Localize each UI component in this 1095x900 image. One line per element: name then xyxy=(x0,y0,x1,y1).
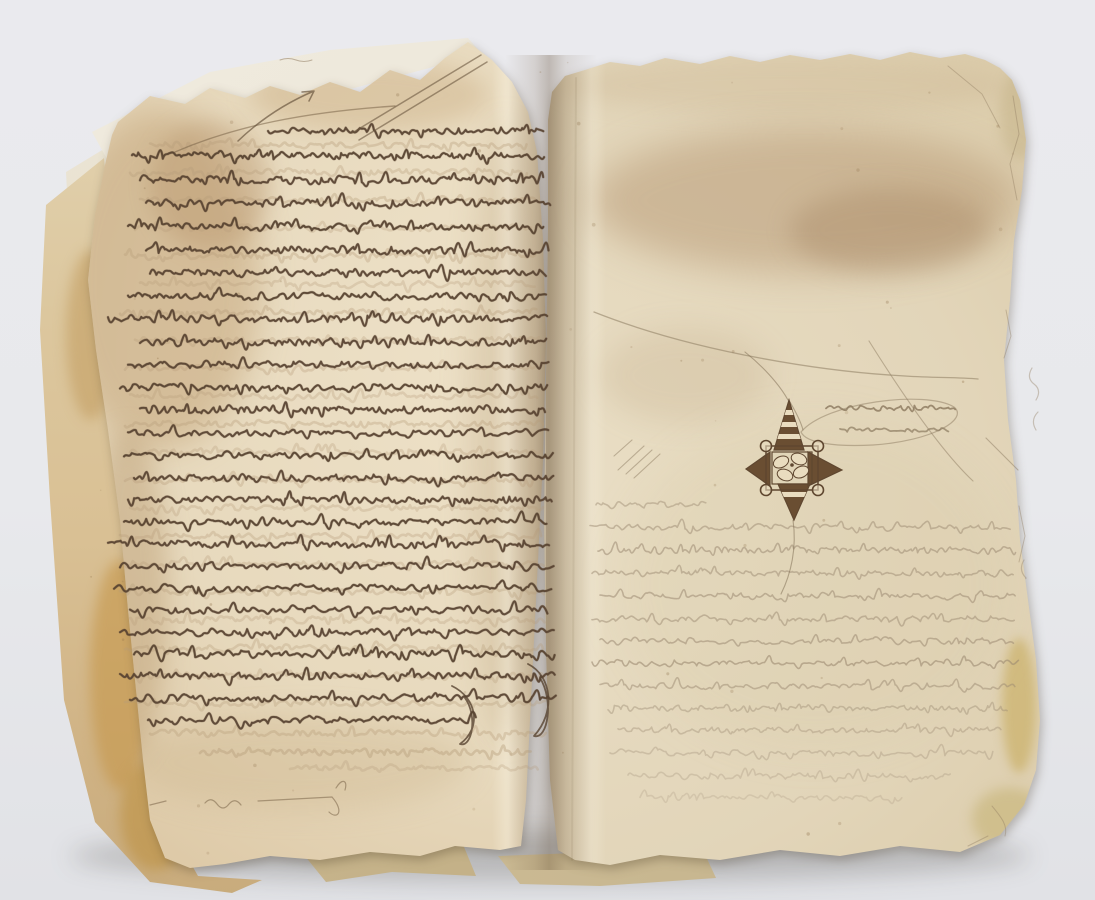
hatch-marks xyxy=(614,440,660,478)
top-edge-tiny xyxy=(280,59,312,62)
mirrored-note xyxy=(826,406,955,432)
foxing-speckles xyxy=(90,62,1026,855)
photo-of-manuscript xyxy=(0,0,1095,900)
corner-cracks xyxy=(968,806,1006,846)
right-page-bleed-through xyxy=(590,501,1018,803)
fold-crease xyxy=(572,78,576,860)
diag-stroke xyxy=(869,341,1018,481)
right-edge-squiggles xyxy=(1021,368,1038,578)
ink-overlay xyxy=(0,0,1095,900)
double-diag-b xyxy=(359,62,487,140)
double-diag-a xyxy=(352,55,481,133)
sweep-curve xyxy=(594,312,978,379)
left-page-handwriting xyxy=(108,124,556,729)
baseline-rule xyxy=(150,781,346,815)
notarial-star-icon xyxy=(746,400,842,520)
pen-marks xyxy=(150,55,1039,860)
edge-cracks xyxy=(948,66,1025,562)
star-tail-bottom xyxy=(781,520,794,594)
